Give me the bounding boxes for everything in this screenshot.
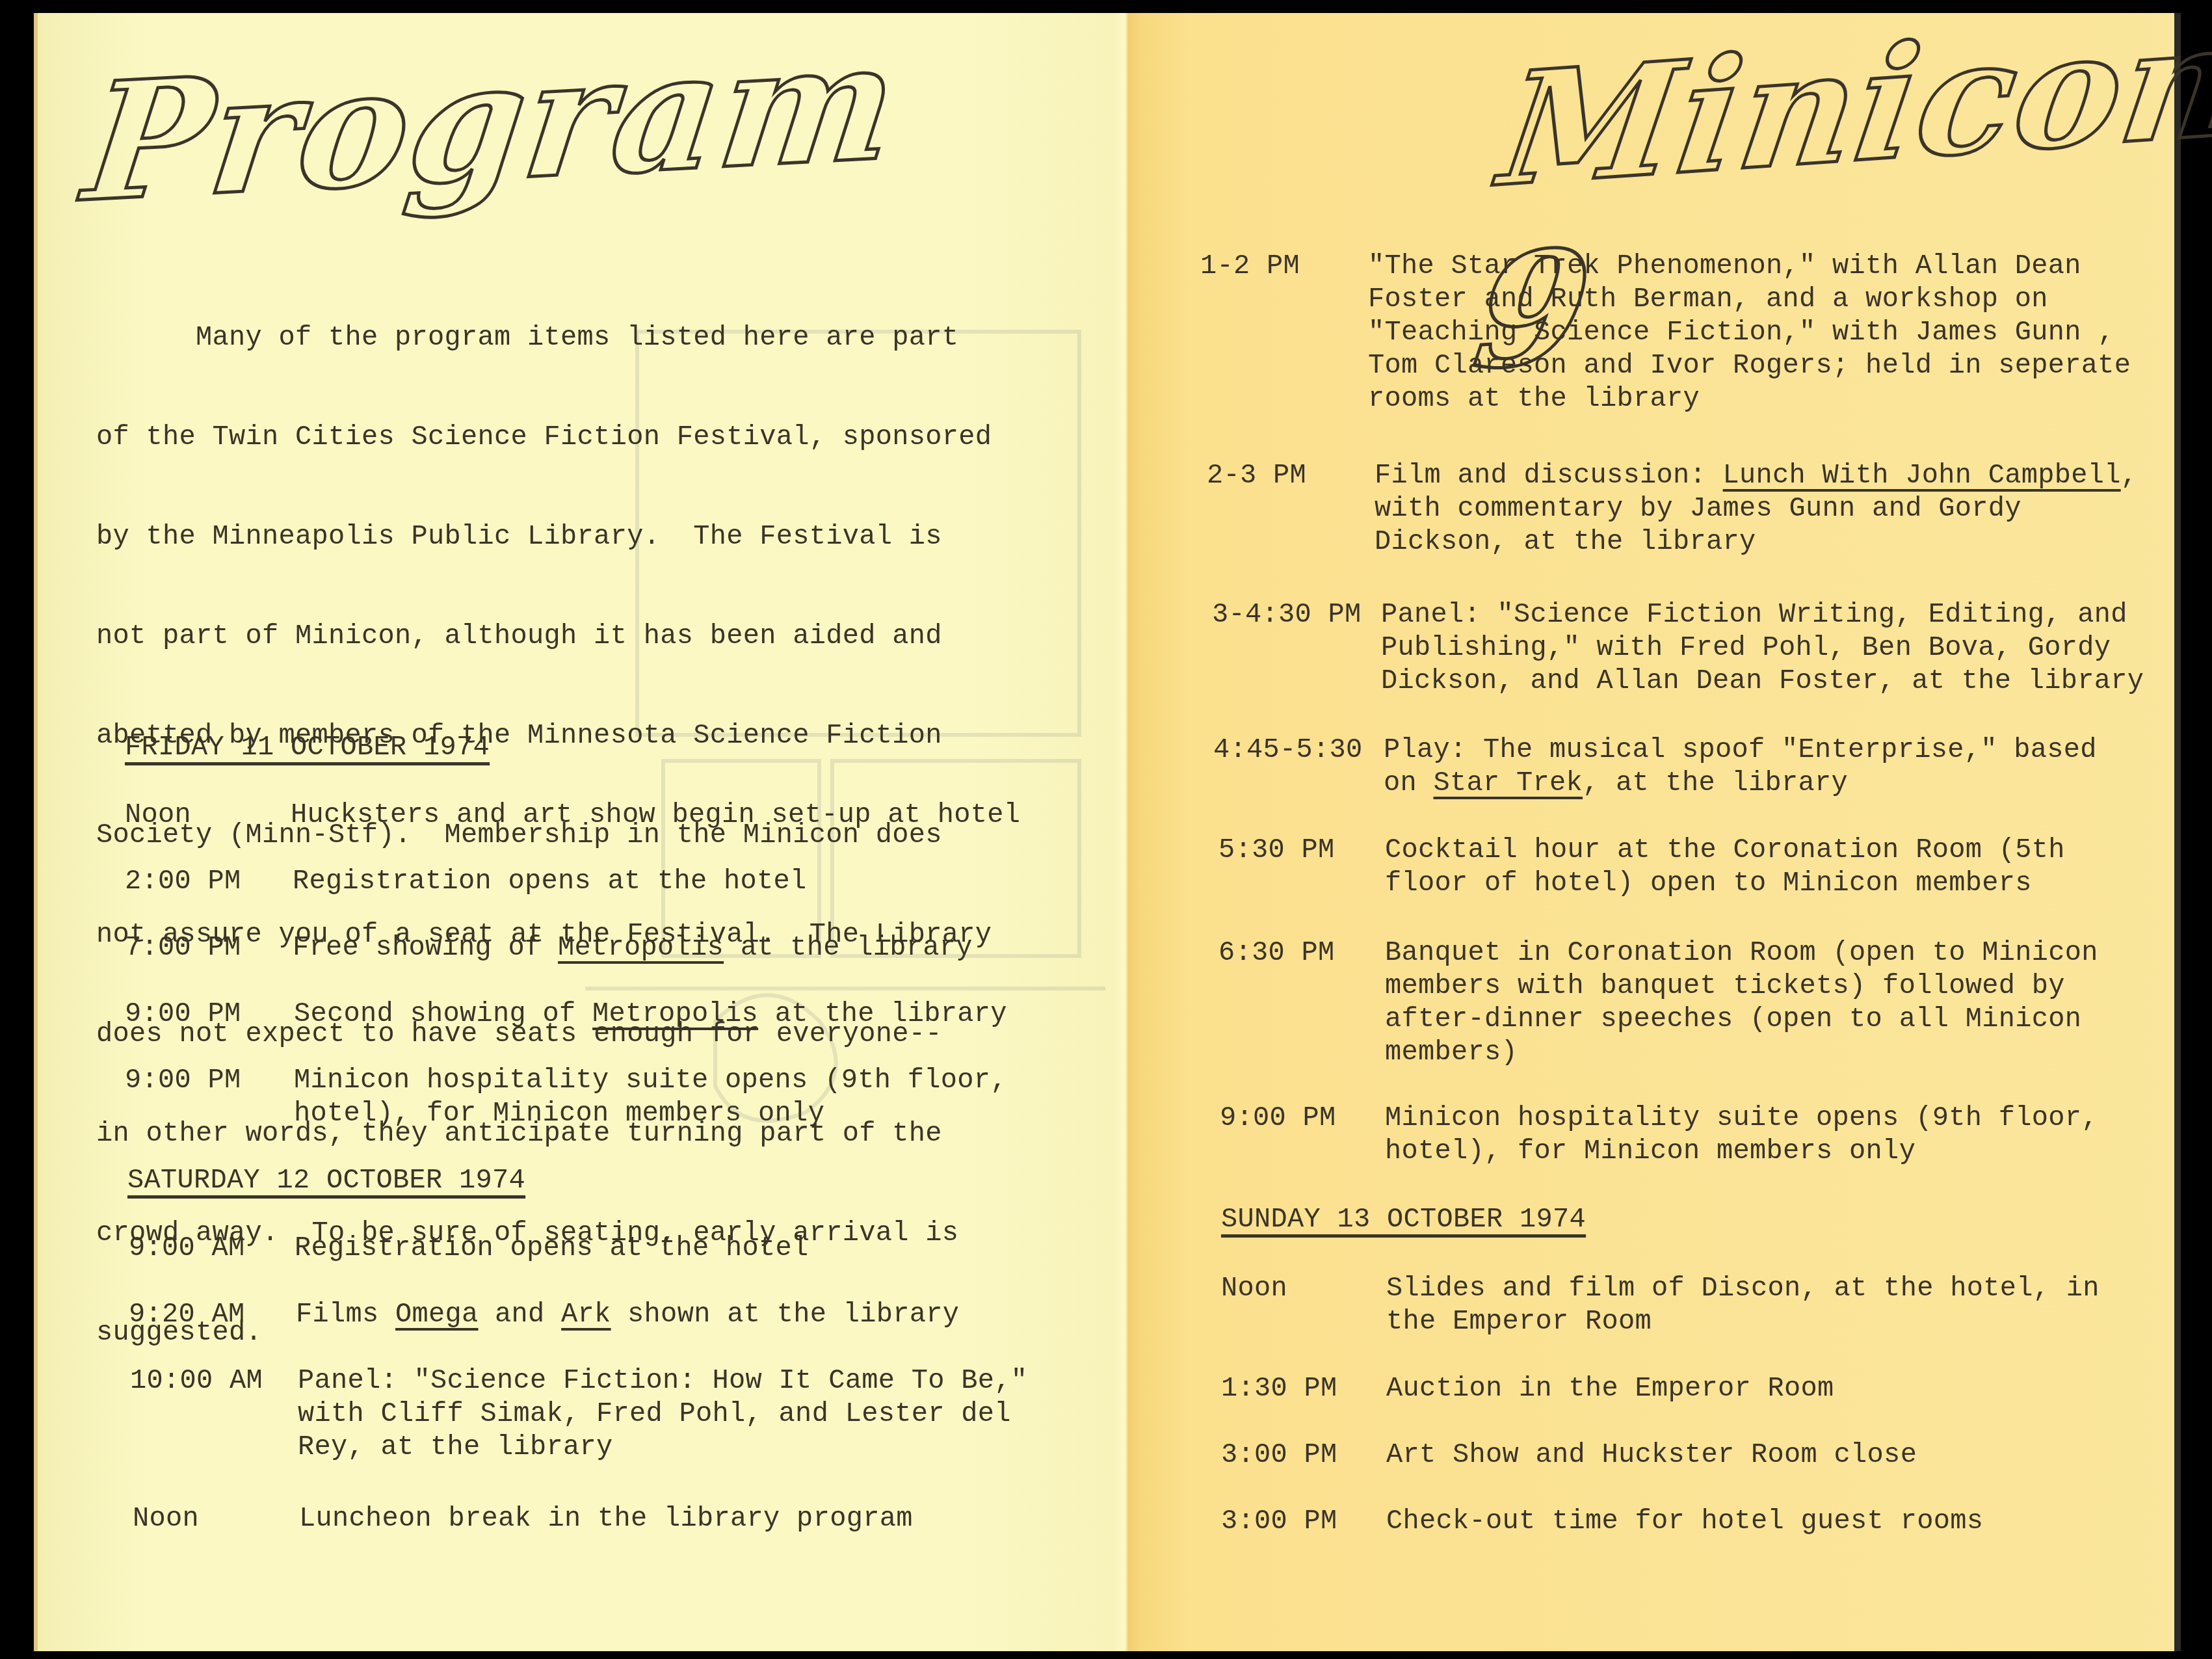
entry-time: 5:30 PM <box>1218 834 1335 867</box>
saturday-heading: SATURDAY 12 OCTOBER 1974 <box>127 1164 525 1197</box>
schedule-entry: 3:00 PM Check-out time for hotel guest r… <box>1221 1505 1254 1604</box>
film-title: Metropolis <box>592 998 758 1029</box>
entry-time: 10:00 AM <box>130 1364 263 1398</box>
schedule-entry: 6:30 PM Banquet in Coronation Room (open… <box>1218 936 1252 1036</box>
entry-description: Play: The musical spoof "Enterprise," ba… <box>1384 734 2097 800</box>
schedule-entry: 10:00 AM Panel: "Science Fiction: How It… <box>130 1364 163 1464</box>
entry-description: Minicon hospitality suite opens (9th flo… <box>294 1064 1007 1130</box>
entry-description: Films Omega and Ark shown at the library <box>296 1298 959 1331</box>
intro-line: by the Minneapolis Public Library. The F… <box>96 520 1039 553</box>
entry-description: Banquet in Coronation Room (open to Mini… <box>1385 936 2098 1069</box>
schedule-entry: 5:30 PM Cocktail hour at the Coronation … <box>1218 834 1252 933</box>
show-title: Star Trek <box>1434 767 1583 799</box>
entry-description: Registration opens at the hotel <box>295 1232 809 1265</box>
entry-time: 2-3 PM <box>1207 459 1306 492</box>
book-gutter <box>1113 13 1139 1651</box>
entry-description: Art Show and Huckster Room close <box>1386 1439 1917 1472</box>
schedule-entry: 1-2 PM "The Star Trek Phenomenon," with … <box>1200 250 1233 349</box>
entry-time: Noon <box>133 1502 199 1535</box>
entry-time: 1:30 PM <box>1221 1372 1337 1405</box>
intro-line: Many of the program items listed here ar… <box>96 321 1039 354</box>
entry-description: Hucksters and art show begin set-up at h… <box>291 799 1020 832</box>
friday-heading: FRIDAY 11 OCTOBER 1974 <box>125 731 490 764</box>
schedule-entry: 2-3 PM Film and discussion: Lunch With J… <box>1207 459 1240 559</box>
entry-description: Registration opens at the hotel <box>293 865 807 898</box>
entry-description: Film and discussion: Lunch With John Cam… <box>1375 459 2137 559</box>
entry-time: 9:00 PM <box>125 1064 241 1097</box>
entry-time: 4:45-5:30 <box>1213 734 1363 767</box>
entry-description: Panel: "Science Fiction: How It Came To … <box>298 1364 1027 1464</box>
entry-description: "The Star Trek Phenomenon," with Allan D… <box>1368 250 2131 416</box>
entry-time: 9:00 PM <box>1220 1102 1336 1135</box>
intro-line: of the Twin Cities Science Fiction Festi… <box>96 421 1039 454</box>
entry-description: Check-out time for hotel guest rooms <box>1386 1505 1983 1538</box>
film-title: Ark <box>561 1299 611 1330</box>
entry-time: 3-4:30 PM <box>1212 598 1362 631</box>
sunday-heading: SUNDAY 13 OCTOBER 1974 <box>1221 1203 1586 1236</box>
schedule-entry: 3-4:30 PM Panel: "Science Fiction Writin… <box>1212 598 1245 698</box>
entry-description: Minicon hospitality suite opens (9th flo… <box>1385 1102 2098 1168</box>
entry-description: Free showing of Metropolis at the librar… <box>293 931 973 964</box>
schedule-entry: 4:45-5:30 Play: The musical spoof "Enter… <box>1213 734 1246 833</box>
entry-description: Auction in the Emperor Room <box>1386 1372 1834 1405</box>
entry-time: 9:20 AM <box>129 1298 245 1331</box>
entry-time: 9:00 PM <box>125 998 241 1031</box>
entry-time: 2:00 PM <box>125 865 241 898</box>
entry-description: Second showing of Metropolis at the libr… <box>294 998 1007 1031</box>
schedule-entry: Noon Luncheon break in the library progr… <box>133 1502 166 1602</box>
film-title: Lunch With John Campbell <box>1723 460 2121 491</box>
entry-time: 3:00 PM <box>1221 1505 1337 1538</box>
entry-description: Slides and film of Discon, at the hotel,… <box>1386 1272 2100 1338</box>
entry-time: 1-2 PM <box>1200 250 1300 283</box>
schedule-entry: 9:00 PM Minicon hospitality suite opens … <box>1220 1102 1253 1201</box>
entry-time: Noon <box>125 799 191 832</box>
entry-time: Noon <box>1221 1272 1287 1305</box>
entry-time: 7:00 PM <box>125 931 241 964</box>
entry-time: 9:00 AM <box>129 1232 245 1265</box>
entry-description: Luncheon break in the library program <box>299 1502 913 1535</box>
film-title: Metropolis <box>558 932 724 963</box>
film-title: Omega <box>395 1299 479 1330</box>
entry-time: 6:30 PM <box>1218 936 1335 970</box>
entry-description: Cocktail hour at the Coronation Room (5t… <box>1385 834 2065 900</box>
schedule-entry: 9:00 PM Minicon hospitality suite opens … <box>125 1064 158 1163</box>
schedule-entry: Noon Slides and film of Discon, at the h… <box>1221 1272 1254 1372</box>
entry-description: Panel: "Science Fiction Writing, Editing… <box>1381 598 2144 698</box>
entry-time: 3:00 PM <box>1221 1439 1337 1472</box>
intro-line: not part of Minicon, although it has bee… <box>96 620 1039 653</box>
